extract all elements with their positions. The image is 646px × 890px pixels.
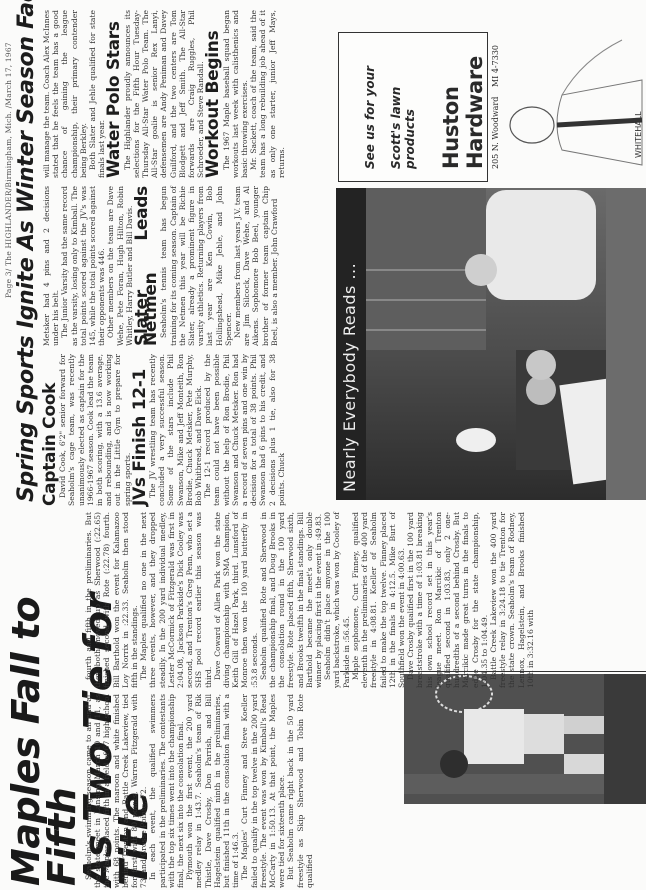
paragraph: Dave Coward of Allen Park won the state … (213, 512, 259, 688)
photo-caption: Nearly Everybody Reads ... (340, 263, 359, 492)
col-metsker-slater: Metsker had 4 pins and 2 decisions under… (42, 186, 279, 346)
captain-cook-headline: Captain Cook (46, 354, 55, 506)
ad-line-1: See us for your (363, 45, 377, 169)
jvs-finish-headline: JVs Finish 12-1 (136, 354, 145, 506)
paragraph: In each event, the qualified swimmers pa… (148, 694, 185, 888)
paragraph: The Maples' Curt Finney and Steve Koelle… (240, 694, 286, 888)
nearly-everybody-reads-photo: Nearly Everybody Reads ... (336, 188, 646, 500)
paragraph: Metsker had 4 pins and 2 decisions under… (42, 186, 60, 346)
swim-article-col-b: fourth and fifth in the preliminaries. B… (84, 512, 535, 688)
paragraph: David Cook, 6'2" senior forward for Seah… (58, 354, 132, 506)
paragraph: Other members on the team are Dave Wehe,… (106, 186, 134, 346)
workout-headline: Workout Begins (209, 10, 218, 178)
paragraph: But Seaholm came right back in the 50 ya… (286, 694, 314, 888)
huston-hardware-ad: See us for your Scott's lawn products Hu… (338, 32, 488, 182)
wrestlers-reading-image (336, 188, 646, 500)
section-banner-headline: Spring Sports Ignite As Winter Season Fa… (14, 0, 39, 502)
newspaper-page: Page 3/ The HIGHLANDER/Birmingham, Mich.… (0, 0, 646, 890)
ad-line-2: Scott's lawn products (389, 45, 417, 169)
whitehall-sketch: WHITEHALL (492, 20, 646, 180)
paragraph: Dave Crosby qualified first in the 100 y… (406, 512, 489, 688)
paragraph: The 12-1 record produced by the team cou… (203, 354, 286, 506)
paragraph: fourth and fifth in the preliminaries. B… (84, 512, 139, 688)
col-captain-cook-jvs: Captain Cook David Cook, 6'2" senior for… (42, 354, 286, 506)
paragraph: Seaholm didn't place anyone in the 100 y… (323, 512, 351, 688)
swim-article-col-a: Seaholm's swimming season came to an end… (84, 694, 314, 888)
paragraph: The Maples qualified no one in the next … (139, 512, 213, 688)
paragraph: will manage the team. Coach Alex McInnes… (42, 10, 88, 178)
basketball-photo (404, 674, 646, 804)
ad-store-name: Huston Hardware (439, 45, 487, 169)
swim-headline-line1: Maples Fall to Fifth (8, 506, 80, 886)
col-waterpolo-workout: will manage the team. Coach Alex McInnes… (42, 10, 286, 178)
man-portrait-sketch-icon (492, 20, 646, 180)
paragraph: The Highlander proudly announces its sel… (123, 10, 206, 178)
paragraph: New members from last years J.V. team ar… (233, 186, 279, 346)
paragraph: Plymouth won the first event, the 200 ya… (185, 694, 240, 888)
basketball-player-image (404, 674, 646, 804)
sketch-label: WHITEHALL (634, 111, 643, 158)
paragraph: Seaholm qualified Rote and Sherwood in t… (259, 512, 323, 688)
paragraph: The 1967 Maple baseball squad began work… (222, 10, 250, 178)
paragraph: Maple sophomore, Curt Finney, qualified … (351, 512, 406, 688)
paragraph: Seaholm's swimming season came to an end… (84, 694, 148, 888)
page-header: Page 3/ The HIGHLANDER/Birmingham, Mich.… (4, 42, 13, 298)
paragraph: Mr. Sackett, coach of the team, said the… (249, 10, 286, 178)
paragraph: The Junior Varsity had the same record a… (60, 186, 106, 346)
water-polo-headline: Water Polo Stars (110, 10, 119, 178)
paragraph: The JV wrestling team has recently concl… (148, 354, 203, 506)
paragraph: Seaholm's tennis team has begun training… (159, 186, 233, 346)
slater-leads-headline: Slater Leads Netmen (138, 186, 156, 346)
paragraph: Battle Creek Lakeview won the 400 yard f… (489, 512, 535, 688)
